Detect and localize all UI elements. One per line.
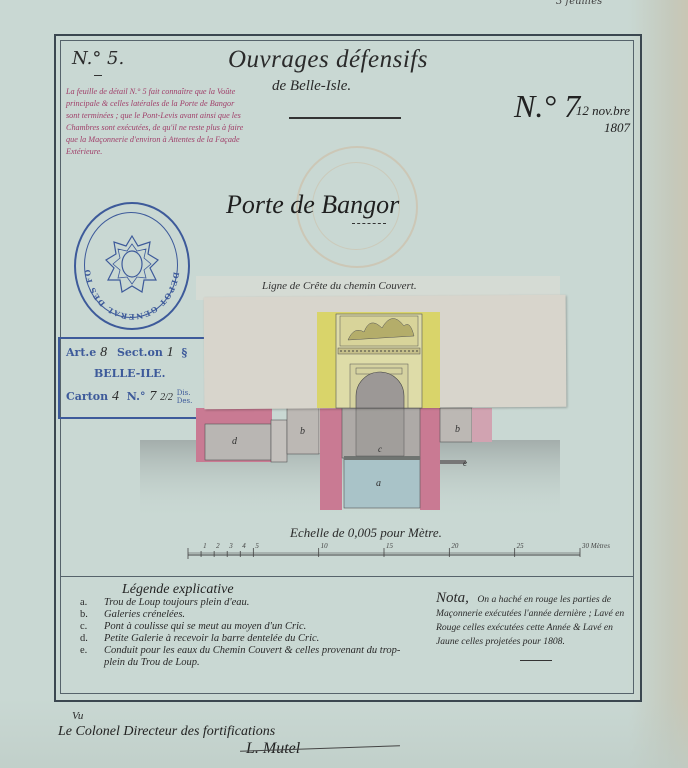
nota-heading: Nota, [436,590,469,606]
scale-tick-label: 3 [229,542,233,550]
signature-title: Le Colonel Directeur des fortifications [58,724,275,740]
legend-text: Pont à coulisse qui se meut au moyen d'u… [104,621,420,633]
masonry-pillar-left [320,408,342,510]
legend-text: Galeries crénelées. [104,609,420,621]
legend-item: d.Petite Galerie à recevoir la barre den… [80,633,420,645]
svg-text:a: a [376,478,381,489]
legend-title: Légende explicative [122,582,234,598]
covered-way-label: Ligne de Crête du chemin Couvert. [262,280,417,292]
legend-item: c.Pont à coulisse qui se meut au moyen d… [80,621,420,633]
masonry-pillar-right [420,408,440,510]
scale-tick-label: 5 [255,542,259,550]
overlay-flap[interactable] [204,295,567,410]
nota-block: Nota, On a haché en rouge les parties de… [436,591,632,649]
scale-tick-label: 15 [386,542,393,550]
scale-tick-label: 10 [321,542,328,550]
legend-key: e. [80,645,104,669]
legend-key: c. [80,621,104,633]
scale-title: Echelle de 0,005 pour Mètre. [290,525,442,541]
signature-vu: Vu [72,710,83,722]
legend-item: b.Galeries crénelées. [80,609,420,621]
scale-tick-label: 2 [216,542,220,550]
legend-key: b. [80,609,104,621]
legend-key: a. [80,597,104,609]
legend-text: Petite Galerie à recevoir la barre dente… [104,633,420,645]
svg-text:e: e [463,458,467,468]
nota-rule [520,660,552,661]
legend-list: a.Trou de Loup toujours plein d'eau.b.Ga… [80,597,420,669]
svg-text:b: b [300,426,305,437]
legend-text: Conduit pour les eaux du Chemin Couvert … [104,645,420,669]
scale-tick-label: 20 [451,542,458,550]
legend-item: e.Conduit pour les eaux du Chemin Couver… [80,645,420,669]
legend-text: Trou de Loup toujours plein d'eau. [104,597,420,609]
water-pit [344,458,420,508]
scale-tick-label: 1 [203,542,207,550]
svg-text:c: c [378,444,382,454]
svg-text:b: b [455,424,460,435]
legend-item: a.Trou de Loup toujours plein d'eau. [80,597,420,609]
legend-key: d. [80,633,104,645]
scale-tick-label: 4 [242,542,246,550]
scale-tick-label: 30 Mètres [582,542,610,550]
scale-tick-label: 25 [517,542,524,550]
